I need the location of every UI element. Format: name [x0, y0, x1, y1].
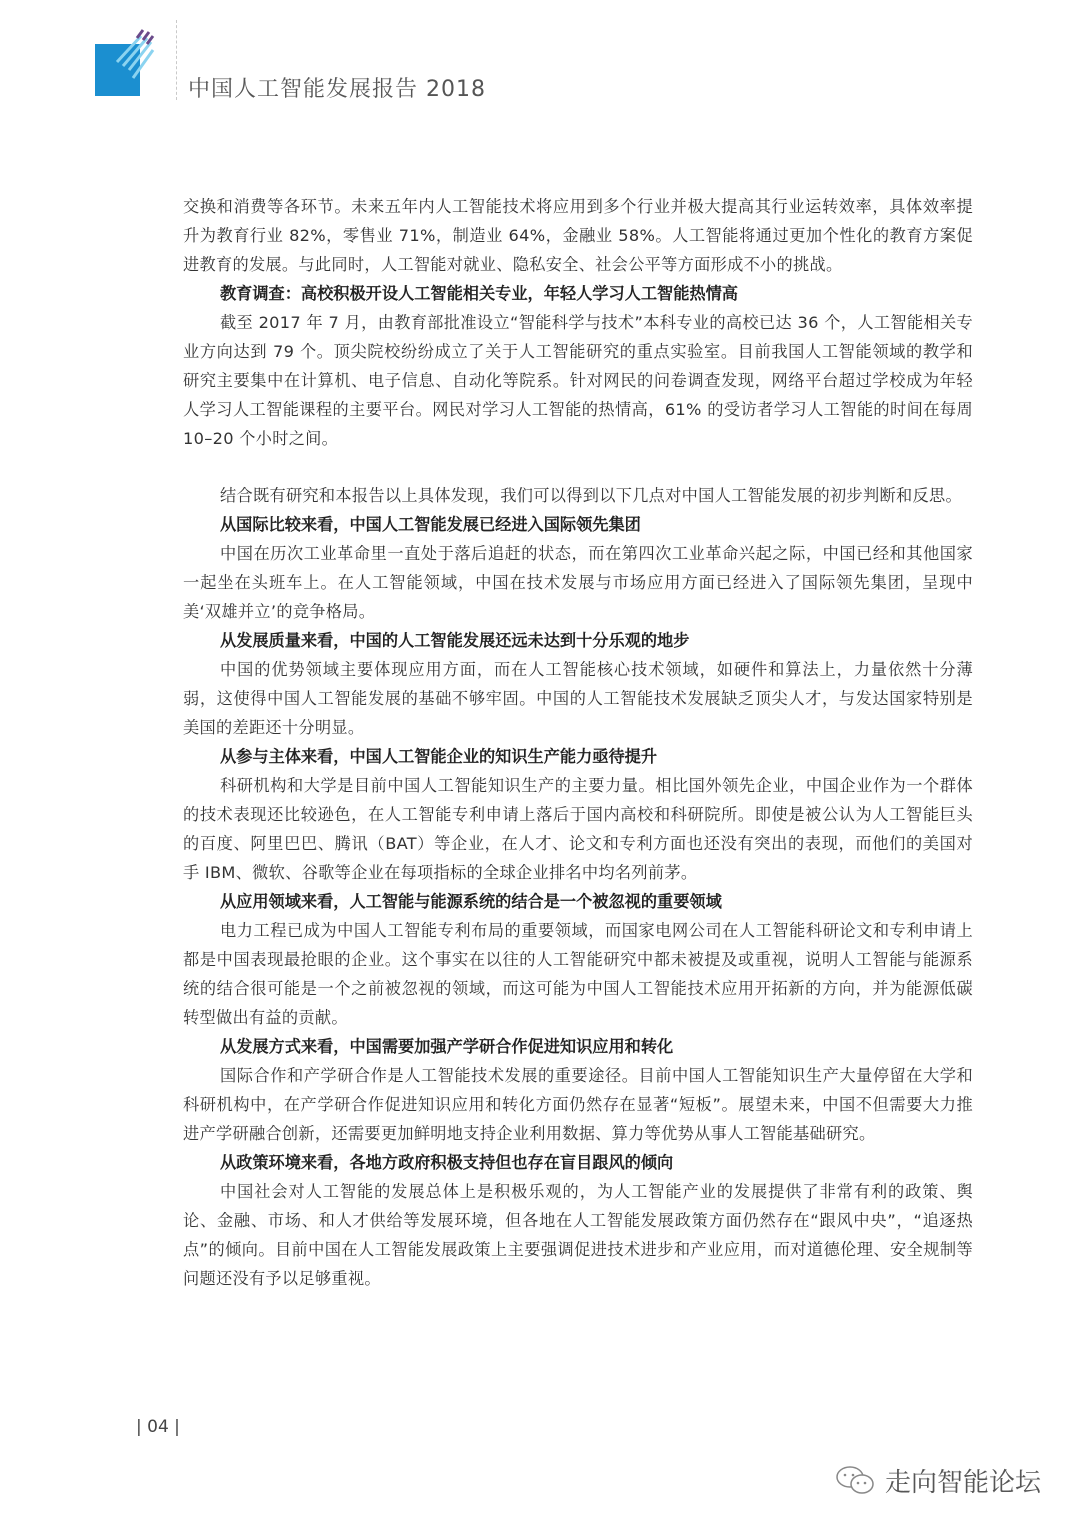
- report-logo: [95, 28, 155, 98]
- section-text: 中国社会对人工智能的发展总体上是积极乐观的，为人工智能产业的发展提供了非常有利的…: [183, 1177, 973, 1293]
- section-heading: 从发展方式来看，中国需要加强产学研合作促进知识应用和转化: [183, 1032, 973, 1061]
- section-text: 电力工程已成为中国人工智能专利布局的重要领域，而国家电网公司在人工智能科研论文和…: [183, 916, 973, 1032]
- logo-stripes-icon: [95, 28, 155, 88]
- section-heading: 从国际比较来看，中国人工智能发展已经进入国际领先集团: [183, 510, 973, 539]
- education-paragraph: 截至 2017 年 7 月，由教育部批准设立“智能科学与技术”本科专业的高校已达…: [183, 308, 973, 453]
- section-text: 科研机构和大学是目前中国人工智能知识生产的主要力量。相比国外领先企业，中国企业作…: [183, 771, 973, 887]
- header-divider: [176, 20, 177, 100]
- section-text: 国际合作和产学研合作是人工智能技术发展的重要途径。目前中国人工智能知识生产大量停…: [183, 1061, 973, 1148]
- page-content: 交换和消费等各环节。未来五年内人工智能技术将应用到多个行业并极大提高其行业运转效…: [183, 192, 973, 1293]
- education-heading: 教育调查：高校积极开设人工智能相关专业，年轻人学习人工智能热情高: [183, 279, 973, 308]
- wechat-icon: [835, 1464, 877, 1498]
- section-text: 中国的优势领域主要体现应用方面，而在人工智能核心技术领域，如硬件和算法上，力量依…: [183, 655, 973, 742]
- watermark-text: 走向智能论坛: [885, 1462, 1041, 1499]
- intro-paragraph: 交换和消费等各环节。未来五年内人工智能技术将应用到多个行业并极大提高其行业运转效…: [183, 192, 973, 279]
- section-heading: 从政策环境来看，各地方政府积极支持但也存在盲目跟风的倾向: [183, 1148, 973, 1177]
- report-title: 中国人工智能发展报告 2018: [188, 72, 486, 103]
- page-number: | 04 |: [136, 1417, 180, 1437]
- watermark: 走向智能论坛: [835, 1462, 1041, 1499]
- section-heading: 从发展质量来看，中国的人工智能发展还远未达到十分乐观的地步: [183, 626, 973, 655]
- spacer: [183, 453, 973, 481]
- summary-paragraph: 结合既有研究和本报告以上具体发现，我们可以得到以下几点对中国人工智能发展的初步判…: [183, 481, 973, 510]
- section-heading: 从参与主体来看，中国人工智能企业的知识生产能力亟待提升: [183, 742, 973, 771]
- section-heading: 从应用领域来看，人工智能与能源系统的结合是一个被忽视的重要领域: [183, 887, 973, 916]
- section-text: 中国在历次工业革命里一直处于落后追赶的状态，而在第四次工业革命兴起之际，中国已经…: [183, 539, 973, 626]
